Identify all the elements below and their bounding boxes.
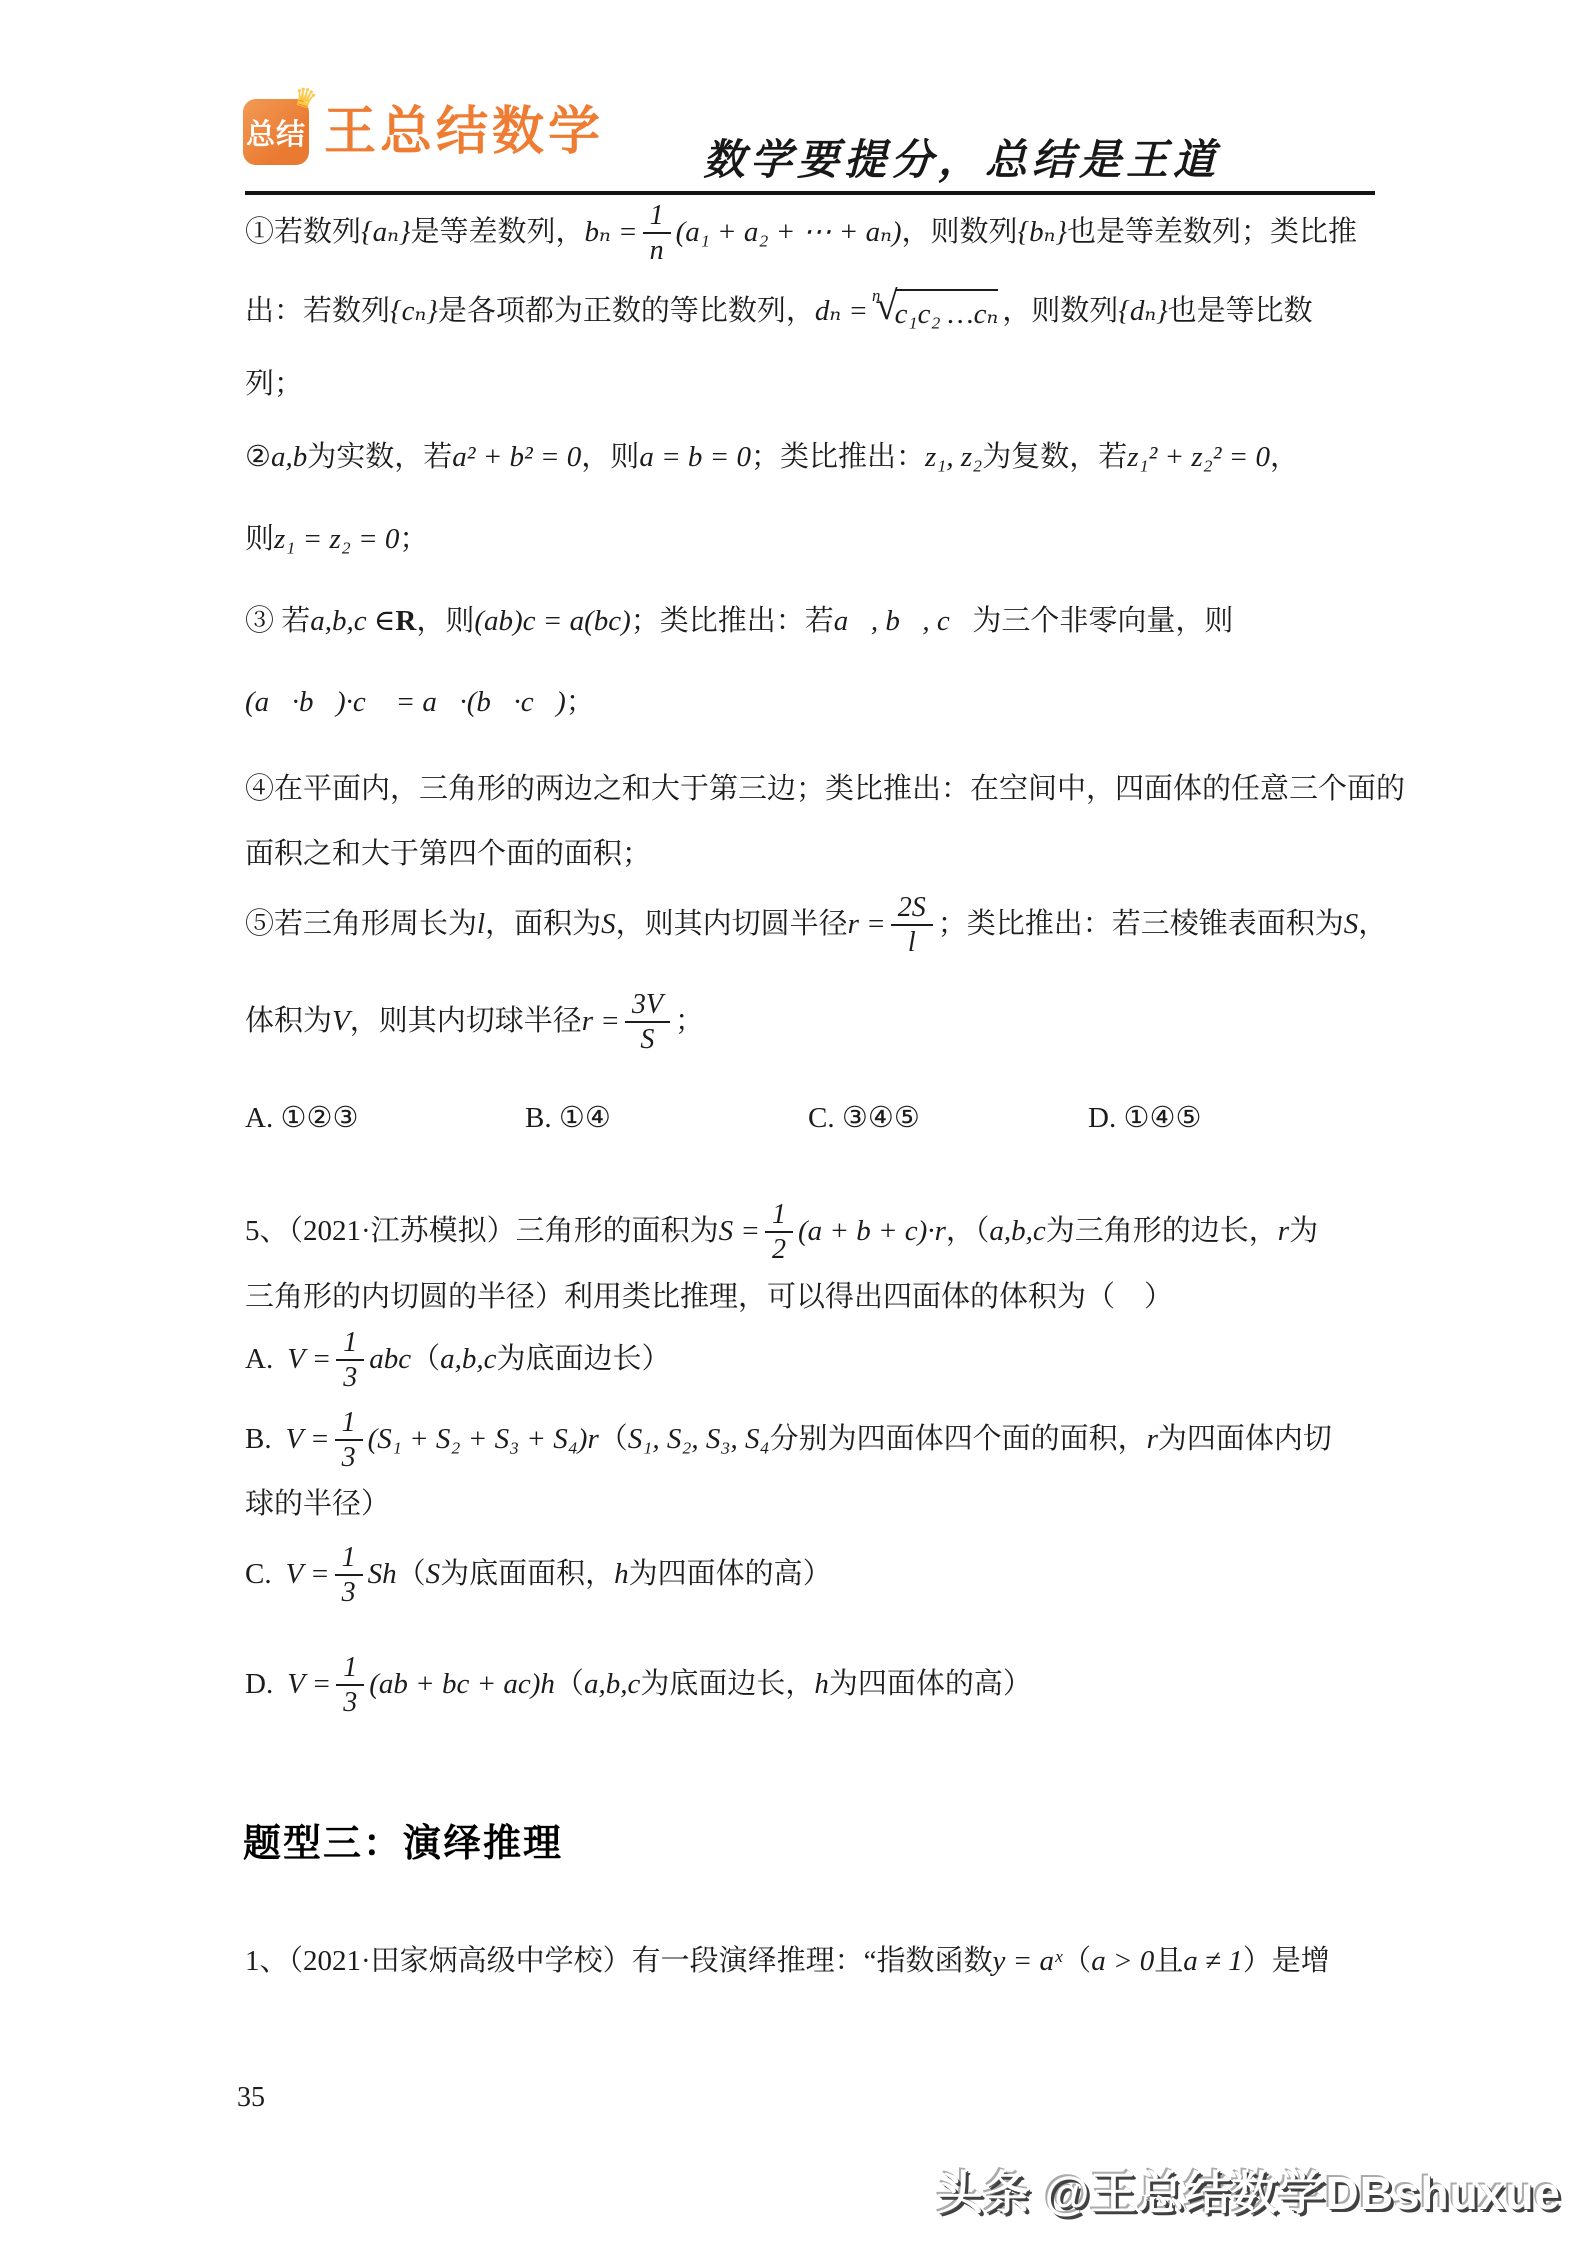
math-V-equals: V = (287, 1340, 331, 1379)
text: ；类比推出： (751, 438, 925, 477)
math-a-ne-1: a ≠ 1 (1183, 1942, 1242, 1981)
text: ； (566, 683, 595, 722)
text: 列； (245, 365, 303, 404)
math-seq-an: {aₙ} (361, 213, 410, 252)
math-seq-dn: {dₙ} (1118, 292, 1167, 331)
brand-name: 王总结数学 (324, 102, 604, 162)
text: ， (1358, 905, 1387, 944)
text: 为四面体的高） (629, 1555, 832, 1594)
text: 为 (1289, 1212, 1318, 1251)
item3-line2: (a⃗·b⃗)·c⃗ = a⃗·(b⃗·c⃗) ； (245, 678, 595, 728)
fraction-3V-over-S: 3V S (625, 989, 670, 1056)
watermark: 头条 @王总结数学DBshuxue (937, 2157, 1561, 2223)
math-V: V (332, 1002, 350, 1041)
item2-line1: ② a,b 为实数，若 a² + b² = 0 ，则 a = b = 0 ；类比… (245, 433, 1299, 483)
fraction-denominator: n (650, 234, 664, 266)
text: （ (397, 1555, 426, 1594)
text: ，则数列 (1002, 292, 1118, 331)
text: 球的半径） (245, 1485, 390, 1524)
text: ③ 若 (245, 602, 310, 641)
text: 1、（2021·田家炳高级中学校）有一段演绎推理：“指数函数 (245, 1942, 993, 1981)
text: 也是等差数列；类比推 (1067, 213, 1357, 252)
fraction-denominator: 2 (772, 1233, 786, 1265)
math-r: r (1278, 1212, 1289, 1251)
math-abc: a,b,c (440, 1340, 496, 1379)
text: 是各项都为正数的等比数列， (438, 292, 815, 331)
math-l: l (477, 905, 485, 944)
math-ab0: a = b = 0 (639, 438, 751, 477)
fraction-numerator: 1 (336, 1652, 364, 1686)
math-abc: a,b,c (989, 1212, 1045, 1251)
option-label: C. (245, 1555, 272, 1594)
math-sum: (a₁ + a₂ + ⋯ + aₙ) (676, 213, 902, 252)
item4-line2: 面积之和大于第四个面的面积； (245, 830, 651, 880)
text: ，则其内切圆半径 (616, 905, 848, 944)
option-D: D. ①④⑤ (1088, 1100, 1201, 1135)
fraction-1-over-3: 1 3 (335, 1407, 363, 1474)
question5-option-A: A. V = 1 3 abc （ a,b,c 为底面边长） (245, 1320, 671, 1400)
text: 为复数，若 (982, 438, 1127, 477)
text: 体积为 (245, 1002, 332, 1041)
fraction-denominator: 3 (342, 1441, 356, 1473)
header-tagline: 数学要提分，总结是王道 (703, 136, 1220, 184)
text: ①若数列 (245, 213, 361, 252)
math-r: r (1147, 1420, 1158, 1459)
text: 为三个非零向量，则 (972, 602, 1233, 641)
math-assoc: (ab)c = a(bc) (474, 602, 630, 641)
math-z-equal-zero: z₁ = z₂ = 0 (274, 520, 399, 559)
nth-root: n √ c₁c₂ …cₙ (872, 289, 998, 334)
math-S2: S (1344, 905, 1359, 944)
math-abc: a,b,c (584, 1665, 640, 1704)
item5-line2: 体积为 V ，则其内切球半径 r = 3V S ； (245, 982, 704, 1062)
math-vectors: a⃗, b⃗, c⃗ (834, 602, 973, 641)
fraction-1-over-3: 1 3 (336, 1327, 364, 1394)
question5-option-D: D. V = 1 3 (ab + bc + ac)h （ a,b,c 为底面边长… (245, 1645, 1032, 1725)
question5-option-B: B. V = 1 3 (S₁ + S₂ + S₃ + S₄)r （ S₁, S₂… (245, 1400, 1332, 1480)
question5-intro1: 5、（2021·江苏模拟）三角形的面积为 S = 1 2 (a + b + c)… (245, 1192, 1318, 1272)
math-r-equals: r = (848, 905, 886, 944)
text: 为底面面积， (440, 1555, 614, 1594)
fraction-denominator: S (640, 1023, 654, 1055)
text: 三角形的内切圆的半径）利用类比推理，可以得出四面体的体积为（ ） (245, 1278, 1173, 1317)
text: ）是增 (1243, 1942, 1330, 1981)
text: 为四面体的高） (829, 1665, 1032, 1704)
math-ab-bc-ac-h: (ab + bc + ac)h (369, 1665, 555, 1704)
text: 分别为四面体四个面的面积， (770, 1420, 1147, 1459)
text: ，面积为 (485, 905, 601, 944)
text: 为底面边长， (640, 1665, 814, 1704)
text: （ (555, 1665, 584, 1704)
math-S: S (601, 905, 616, 944)
text: 且 (1154, 1942, 1183, 1981)
text: 面积之和大于第四个面的面积； (245, 835, 651, 874)
item4-line1: ④在平面内，三角形的两边之和大于第三边；类比推出：在空间中，四面体的任意三个面的 (245, 765, 1405, 815)
text: 出：若数列 (245, 292, 390, 331)
fraction-numerator: 1 (765, 1199, 793, 1233)
math-S-equals: S = (719, 1212, 760, 1251)
text: ；类比推出：若三棱锥表面积为 (938, 905, 1344, 944)
math-ab: a,b (271, 438, 307, 477)
math-seq-bn: {bₙ} (1018, 213, 1067, 252)
item3-line1: ③ 若 a,b,c ∈ R ，则 (ab)c = a(bc) ；类比推出：若 a… (245, 597, 1233, 647)
item2-line2: 则 z₁ = z₂ = 0 ； (245, 515, 428, 565)
fraction-1-over-3: 1 3 (336, 1652, 364, 1719)
math-perimeter-r: (a + b + c)·r (798, 1212, 946, 1251)
text: （ (1062, 1942, 1091, 1981)
math-z1z2: z₁, z₂ (925, 438, 982, 477)
question5-option-B-wrap: 球的半径） (245, 1480, 390, 1530)
math-V-equals: V = (287, 1665, 331, 1704)
section-heading: 题型三：演绎推理 (243, 1812, 563, 1867)
math-V-equals: V = (286, 1555, 330, 1594)
math-h: h (614, 1555, 629, 1594)
text: ，则 (581, 438, 639, 477)
item1-line3: 列； (245, 360, 303, 410)
math-r-equals: r = (582, 1002, 620, 1041)
option-C: C. ③④⑤ (808, 1100, 920, 1135)
text: ，则数列 (902, 213, 1018, 252)
math-V-equals: V = (286, 1420, 330, 1459)
item1-line2: 出：若数列 {cₙ} 是各项都为正数的等比数列， dₙ = n √ c₁c₂ …… (245, 272, 1313, 352)
text: 也是等比数 (1168, 292, 1313, 331)
fraction-denominator: 3 (343, 1361, 357, 1393)
item1-line1: ①若数列 {aₙ} 是等差数列， bₙ = 1 n (a₁ + a₂ + ⋯ +… (245, 193, 1357, 273)
math-dn-equals: dₙ = (815, 292, 868, 331)
math-abc-in: a,b,c ∈ (310, 602, 395, 641)
fraction-denominator: 3 (343, 1686, 357, 1718)
text: ， (1270, 438, 1299, 477)
question5-option-C: C. V = 1 3 Sh （ S 为底面面积， h 为四面体的高） (245, 1535, 832, 1615)
math-bn-equals: bₙ = (584, 213, 637, 252)
text: 是等差数列， (410, 213, 584, 252)
root-index: n (872, 285, 880, 308)
text: （ (599, 1420, 628, 1459)
text: 为底面边长） (496, 1340, 670, 1379)
fraction-numerator: 1 (643, 200, 671, 234)
fraction-numerator: 1 (336, 1327, 364, 1361)
option-B: B. ①④ (525, 1100, 611, 1135)
text: ，则其内切球半径 (350, 1002, 582, 1041)
math-a2b2: a² + b² = 0 (452, 438, 581, 477)
text: ； (399, 520, 428, 559)
fraction-numerator: 3V (625, 989, 670, 1023)
option-A: A. ①②③ (245, 1100, 358, 1135)
text: ，（ (946, 1212, 990, 1251)
fraction-2S-over-l: 2S l (891, 892, 933, 959)
math-Sh: Sh (368, 1555, 397, 1594)
question1-line1: 1、（2021·田家炳高级中学校）有一段演绎推理：“指数函数 y = aˣ （ … (245, 1937, 1330, 1987)
text: ，则 (416, 602, 474, 641)
math-S: S (426, 1555, 441, 1594)
text: ④在平面内，三角形的两边之和大于第三边；类比推出：在空间中，四面体的任意三个面的 (245, 770, 1405, 809)
math-a-gt-0: a > 0 (1091, 1942, 1154, 1981)
math-vector-identity: (a⃗·b⃗)·c⃗ = a⃗·(b⃗·c⃗) (245, 683, 566, 722)
math-exponential: y = aˣ (993, 1942, 1063, 1981)
logo-icon-text: 总结 (246, 112, 306, 153)
text: 为实数，若 (307, 438, 452, 477)
text: ； (675, 1002, 704, 1041)
fraction-denominator: 3 (342, 1576, 356, 1608)
math-reals-symbol: R (395, 602, 416, 641)
fraction-numerator: 1 (335, 1542, 363, 1576)
fraction-numerator: 1 (335, 1407, 363, 1441)
text: 则 (245, 520, 274, 559)
fraction-1-over-2: 1 2 (765, 1199, 793, 1266)
math-h: h (814, 1665, 829, 1704)
text: ② (245, 438, 271, 477)
text: 为三角形的边长， (1046, 1212, 1278, 1251)
option-label: A. (245, 1340, 273, 1379)
page-number: 35 (237, 2082, 265, 2114)
option-label: D. (245, 1665, 273, 1704)
fraction-1-over-n: 1 n (643, 200, 671, 267)
text: ；类比推出：若 (631, 602, 834, 641)
math-z-squares: z₁² + z₂² = 0 (1127, 438, 1270, 477)
fraction-1-over-3: 1 3 (335, 1542, 363, 1609)
brand-logo-icon: 总结 ♛ (243, 99, 309, 165)
option-label: B. (245, 1420, 272, 1459)
document-page: 总结 ♛ 王总结数学 数学要提分，总结是王道 ①若数列 {aₙ} 是等差数列， … (0, 0, 1587, 2245)
text: 5、（2021·江苏模拟）三角形的面积为 (245, 1212, 719, 1251)
fraction-numerator: 2S (891, 892, 933, 926)
question5-intro2: 三角形的内切圆的半径）利用类比推理，可以得出四面体的体积为（ ） (245, 1273, 1173, 1323)
item5-line1: ⑤若三角形周长为 l ，面积为 S ，则其内切圆半径 r = 2S l ；类比推… (245, 885, 1387, 965)
text: ⑤若三角形周长为 (245, 905, 477, 944)
fraction-denominator: l (908, 926, 916, 958)
math-seq-cn: {cₙ} (390, 292, 438, 331)
math-sum-faces: (S₁ + S₂ + S₃ + S₄)r (368, 1420, 599, 1459)
text: 为四面体内切 (1158, 1420, 1332, 1459)
radicand: c₁c₂ …cₙ (895, 289, 999, 334)
text: （ (411, 1340, 440, 1379)
math-S1-S4: S₁, S₂, S₃, S₄ (628, 1420, 770, 1459)
math-abc-product: abc (369, 1340, 411, 1379)
